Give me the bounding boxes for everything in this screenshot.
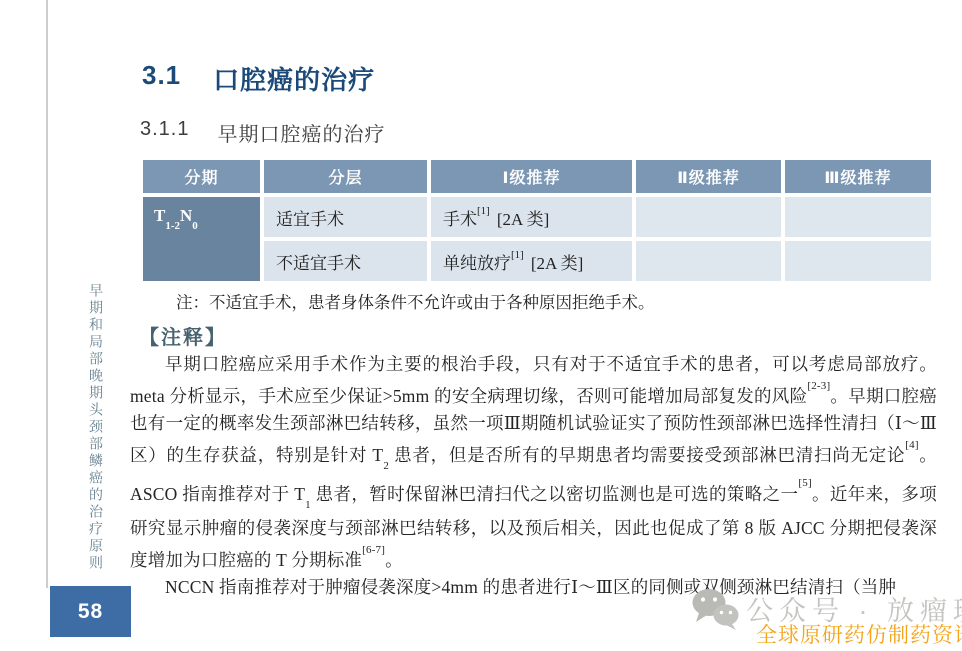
column-header-stratification: 分层 bbox=[264, 160, 427, 193]
level1-cell-row2: 单纯放疗[1][2A 类] bbox=[431, 241, 632, 281]
subsection-number: 3.1.1 bbox=[140, 118, 189, 147]
column-header-stage: 分期 bbox=[143, 160, 260, 193]
recommendation-text: 手术 bbox=[443, 205, 477, 230]
annotation-body: 早期口腔癌应采用手术作为主要的根治手段，只有对于不适宜手术的患者，可以考虑局部放… bbox=[130, 351, 937, 602]
stratification-cell-row1: 适宜手术 bbox=[264, 197, 427, 237]
stage-label: T1-2N0 bbox=[154, 206, 198, 228]
annotation-paragraph-1: 早期口腔癌应采用手术作为主要的根治手段，只有对于不适宜手术的患者，可以考虑局部放… bbox=[130, 351, 937, 574]
section-heading: 3.1 口腔癌的治疗 bbox=[142, 60, 375, 97]
reference-superscript: [4] bbox=[905, 439, 918, 451]
page-number-box: 58 bbox=[50, 586, 131, 637]
watermark: 公众号 · 放瘤班 全球原研药仿制药资讯 bbox=[690, 583, 952, 645]
recommendation-text: 单纯放疗 bbox=[443, 249, 511, 274]
column-header-level1: Ⅰ级推荐 bbox=[431, 160, 632, 193]
left-margin-rule bbox=[46, 0, 48, 588]
level3-cell-row2 bbox=[785, 241, 931, 281]
reference-superscript: [1] bbox=[477, 205, 490, 217]
subsection-title: 早期口腔癌的治疗 bbox=[217, 118, 385, 147]
subsection-heading: 3.1.1 早期口腔癌的治疗 bbox=[140, 118, 385, 147]
wechat-icon bbox=[690, 587, 740, 631]
watermark-orange-text: 全球原研药仿制药资讯 bbox=[756, 619, 962, 649]
column-header-level2: Ⅱ级推荐 bbox=[636, 160, 781, 193]
reference-superscript: [1] bbox=[511, 249, 524, 261]
column-header-level3: Ⅲ级推荐 bbox=[785, 160, 931, 193]
chapter-sidebar-vertical-text: 早期和局部晚期头颈部鳞癌的治疗原则 bbox=[84, 283, 104, 572]
evidence-class: [2A 类] bbox=[531, 249, 583, 274]
stage-cell: T1-2N0 bbox=[143, 197, 260, 281]
reference-superscript: [6-7] bbox=[362, 544, 385, 556]
table-footnote: 注：不适宜手术，患者身体条件不允许或由于各种原因拒绝手术。 bbox=[176, 289, 655, 313]
stratification-cell-row2: 不适宜手术 bbox=[264, 241, 427, 281]
reference-superscript: [2-3] bbox=[807, 380, 830, 392]
level2-cell-row2 bbox=[636, 241, 781, 281]
section-title: 口腔癌的治疗 bbox=[213, 60, 375, 97]
page-number: 58 bbox=[78, 600, 103, 624]
recommendation-table: 分期 分层 Ⅰ级推荐 Ⅱ级推荐 Ⅲ级推荐 T1-2N0 适宜手术 手术[1][2… bbox=[143, 160, 931, 281]
document-page: 早期和局部晚期头颈部鳞癌的治疗原则 58 3.1 口腔癌的治疗 3.1.1 早期… bbox=[0, 0, 962, 651]
reference-superscript: [5] bbox=[798, 477, 811, 489]
section-number: 3.1 bbox=[142, 60, 181, 97]
evidence-class: [2A 类] bbox=[497, 205, 549, 230]
level1-cell-row1: 手术[1][2A 类] bbox=[431, 197, 632, 237]
annotation-label: 【注释】 bbox=[139, 321, 227, 350]
level3-cell-row1 bbox=[785, 197, 931, 237]
level2-cell-row1 bbox=[636, 197, 781, 237]
